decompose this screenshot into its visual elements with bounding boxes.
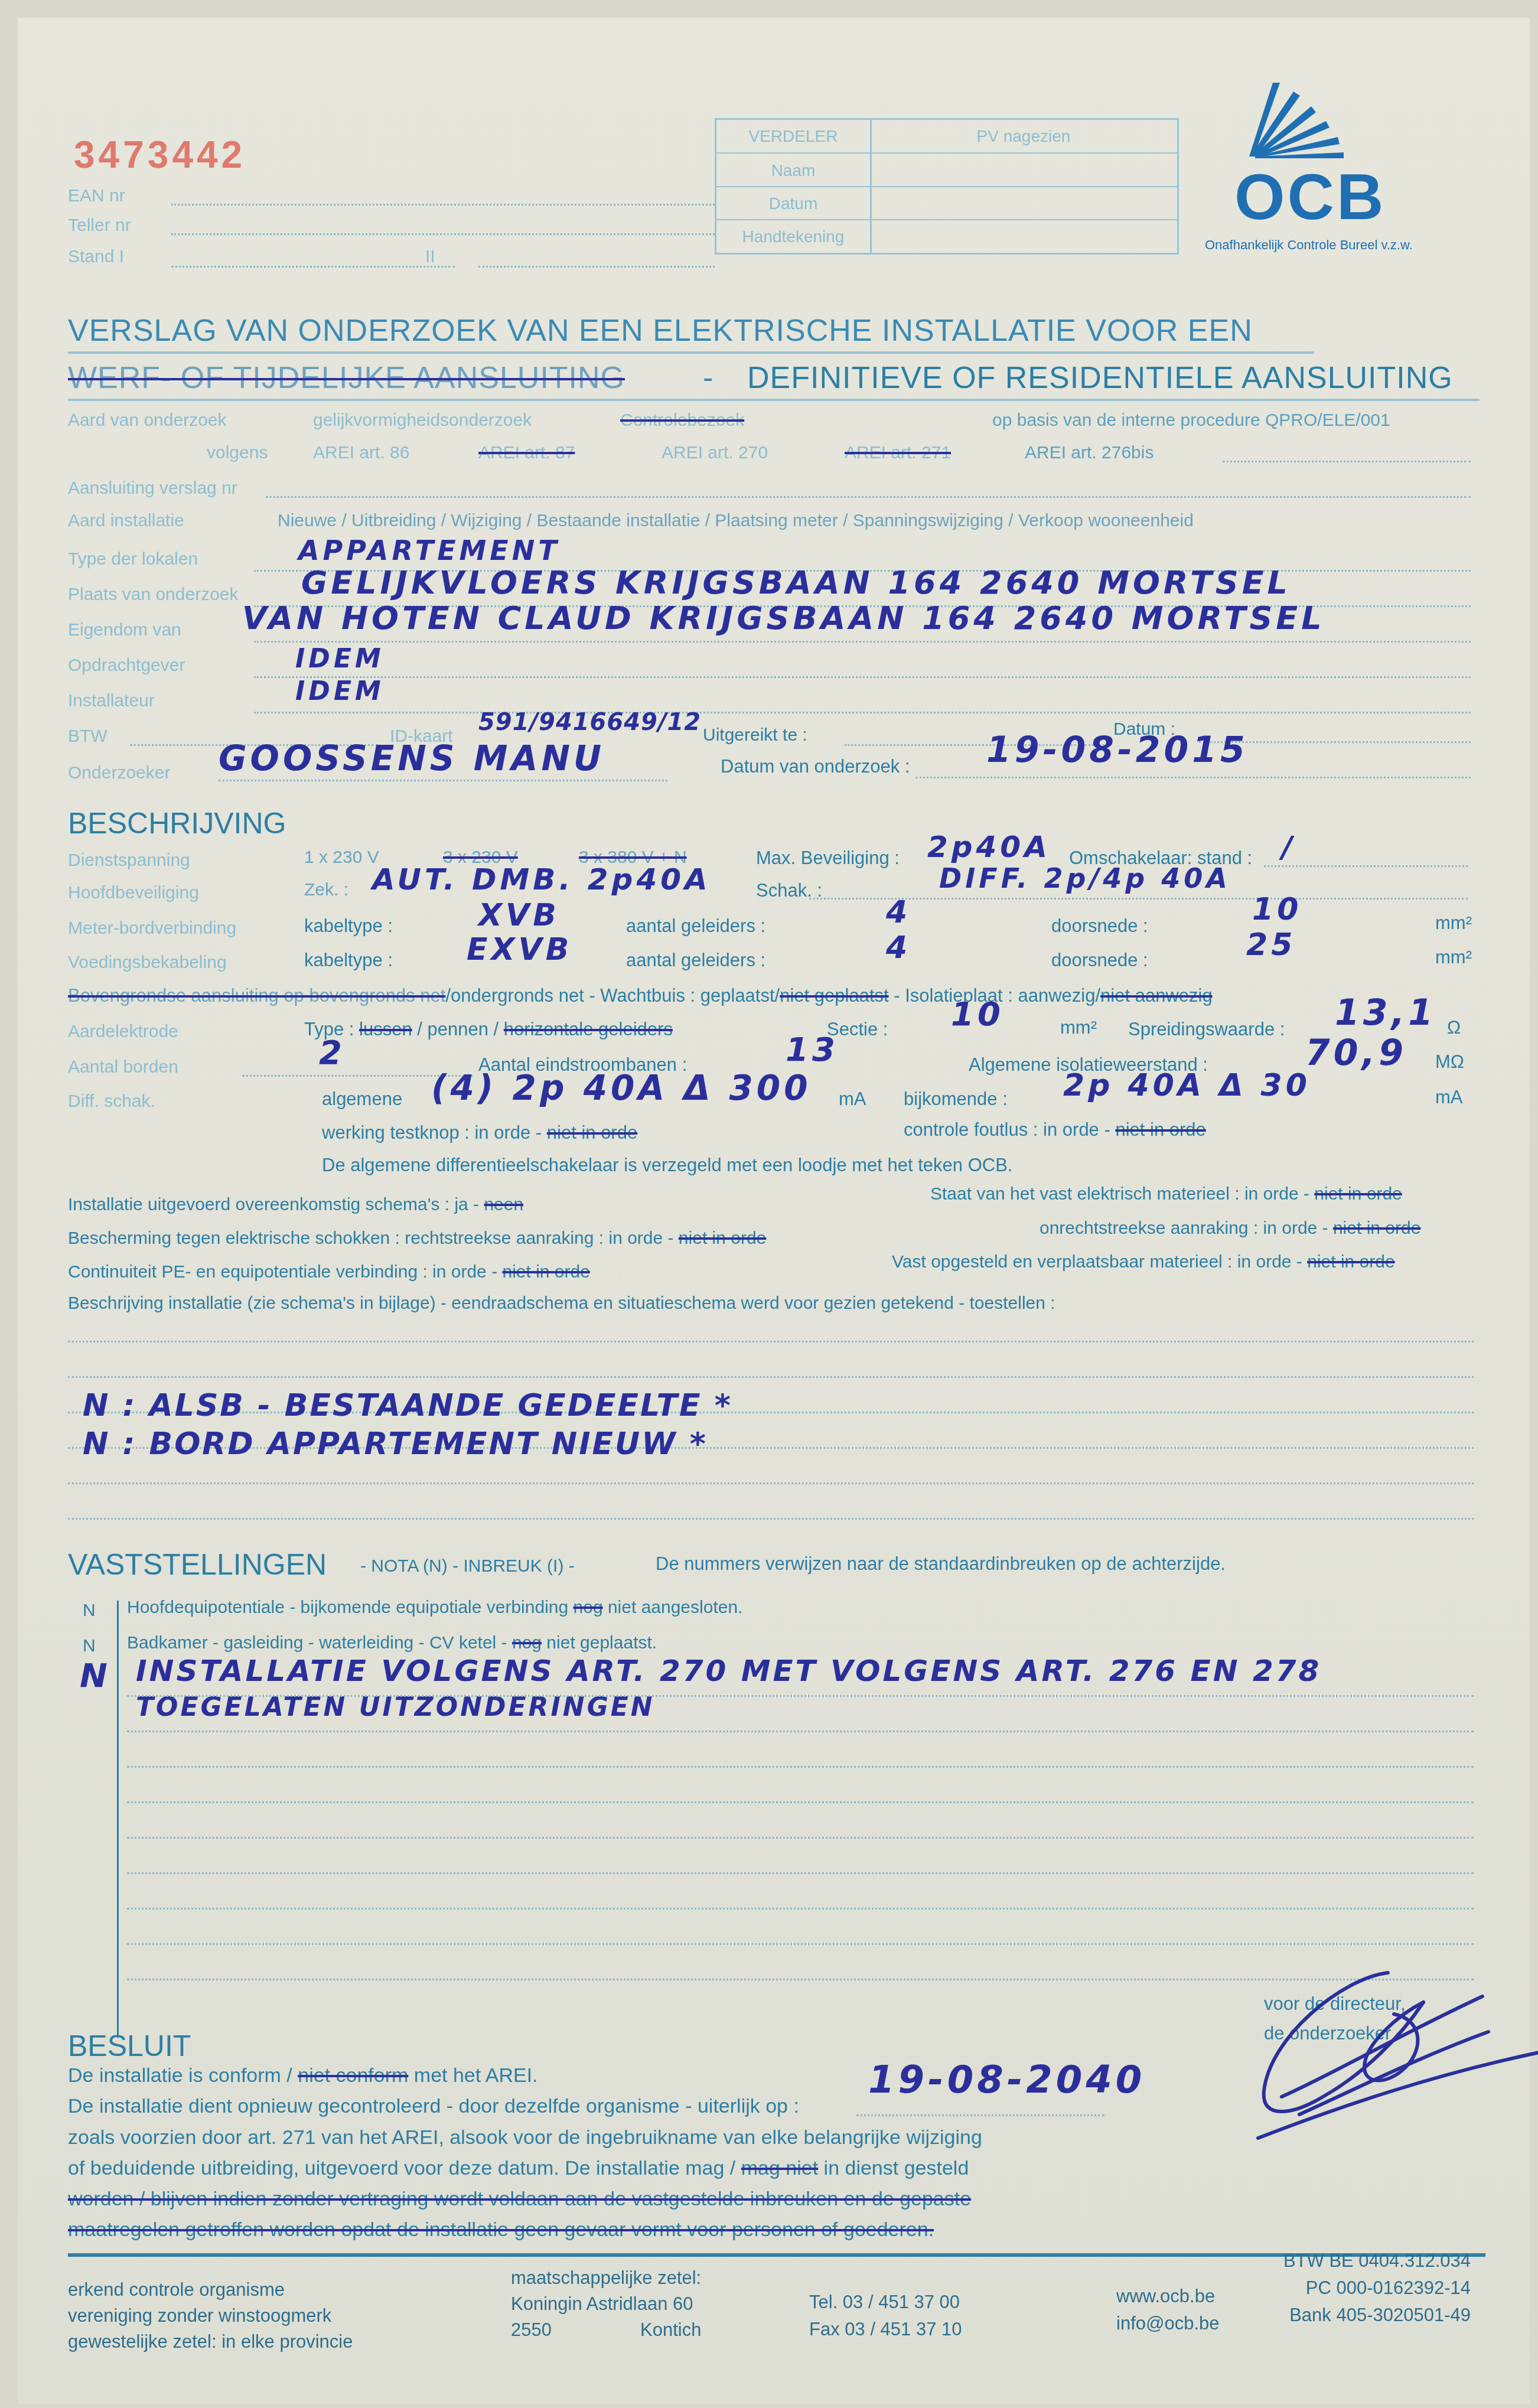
uitgereikt-label: Uitgereikt te : <box>703 725 807 745</box>
voeding-geleiders-value[interactable]: 4 <box>886 930 911 966</box>
beschrijving-installatie-text: Beschrijving installatie (zie schema's i… <box>68 1293 1055 1314</box>
btw-label: BTW <box>68 726 107 747</box>
footer-address: maatschappelijke zetel: Koningin Astridl… <box>511 2265 701 2343</box>
ocb-subtitle: Onafhankelijk Controle Bureel v.z.w. <box>1205 237 1413 253</box>
diff-bijkomende-label: bijkomende : <box>904 1089 1008 1110</box>
beschrijving-heading: BESCHRIJVING <box>68 806 286 840</box>
footer-organisation: erkend controle organisme vereniging zon… <box>68 2277 353 2355</box>
type-lokalen-value[interactable]: APPARTEMENT <box>298 535 561 566</box>
voeding-doorsnede-label: doorsnede : <box>1051 950 1148 971</box>
omschakelaar-value[interactable]: / <box>1282 830 1296 864</box>
handtekening-label: Handtekening <box>716 227 870 246</box>
diff-schak-label: Diff. schak. <box>68 1091 155 1112</box>
isolatieweerstand-value[interactable]: 70,9 <box>1305 1032 1407 1074</box>
volgens-art271[interactable]: AREI art. 271 <box>845 443 951 463</box>
aantal-borden-value[interactable]: 2 <box>319 1034 346 1072</box>
meter-geleiders-label: aantal geleiders : <box>626 915 765 937</box>
meter-doorsnede-value[interactable]: 10 <box>1252 892 1302 927</box>
stand-1-field[interactable] <box>171 266 455 268</box>
spreiding-label: Spreidingswaarde : <box>1128 1019 1285 1040</box>
footer-email-link[interactable]: info@ocb.be <box>1116 2310 1220 2337</box>
vaststelling-3-handwritten[interactable]: INSTALLATIE VOLGENS ART. 270 MET VOLGENS… <box>136 1654 1321 1688</box>
vaststellingen-legend: - NOTA (N) - INBREUK (I) - <box>360 1556 575 1576</box>
installateur-label: Installateur <box>68 691 155 711</box>
footer-web: www.ocb.be info@ocb.be <box>1116 2283 1220 2337</box>
check-rechtstreekse-aanraking[interactable]: Bescherming tegen elektrische schokken :… <box>68 1229 766 1249</box>
net-struck-text: Bovengrondse aansluiting op bovengronds … <box>68 985 445 1006</box>
eindstroombanen-value[interactable]: 13 <box>786 1031 839 1069</box>
sectie-unit: mm² <box>1060 1017 1097 1038</box>
datum-onderzoek-value[interactable]: 19-08-2015 <box>986 729 1249 771</box>
naam-label: Naam <box>716 161 870 180</box>
footer-fax: Fax 03 / 451 37 10 <box>809 2316 962 2343</box>
isolatieplaat-struck: niet aanwezig <box>1100 985 1213 1006</box>
check-continuiteit-pe[interactable]: Continuiteit PE- en equipotentiale verbi… <box>68 1262 590 1282</box>
footer-phone: Tel. 03 / 451 37 00 Fax 03 / 451 37 10 <box>809 2289 962 2343</box>
type-lokalen-label: Type der lokalen <box>68 549 198 569</box>
installatie-note-1[interactable]: N : ALSB - BESTAANDE GEDEELTE * <box>83 1388 732 1423</box>
footer-tel[interactable]: Tel. 03 / 451 37 00 <box>809 2289 962 2316</box>
vaststellingen-note: De nummers verwijzen naar de standaardin… <box>656 1553 1226 1575</box>
aardelektrode-label: Aardelektrode <box>68 1022 178 1042</box>
ocb-logo: OCB Onafhankelijk Controle Bureel v.z.w. <box>1205 83 1406 260</box>
id-kaart-value[interactable]: 591/9416649/12 <box>478 709 701 736</box>
report-title-struck: WERF- OF TIJDELIJKE AANSLUITING <box>68 360 625 396</box>
report-title-line1: VERSLAG VAN ONDERZOEK VAN EEN ELEKTRISCH… <box>68 313 1253 348</box>
check-onrechtstreekse-aanraking[interactable]: onrechtstreekse aanraking : in orde - ni… <box>1040 1218 1420 1239</box>
diff-algemene-value[interactable]: (4) 2p 40A Δ 300 <box>431 1068 812 1108</box>
serial-number: 3473442 <box>74 133 246 177</box>
besluit-line5-struck: worden / blijven indien zonder vertragin… <box>68 2188 971 2211</box>
dienstspanning-230v[interactable]: 1 x 230 V <box>304 848 379 868</box>
meter-geleiders-value[interactable]: 4 <box>886 895 911 930</box>
besluit-line4: of beduidende uitbreiding, uitgevoerd vo… <box>68 2157 969 2180</box>
max-beveiliging-value[interactable]: 2p40A <box>927 830 1051 864</box>
net-rest: /ondergronds net - Wachtbuis : geplaatst… <box>445 985 780 1006</box>
vaststelling-2: Badkamer - gasleiding - waterleiding - C… <box>127 1633 657 1653</box>
aard-installatie-label: Aard installatie <box>68 511 184 531</box>
aardelektrode-type[interactable]: Type : lussen / pennen / horizontale gel… <box>304 1019 673 1040</box>
verzegeld-note: De algemene differentieelschakelaar is v… <box>322 1155 1012 1176</box>
besluit-conform[interactable]: De installatie is conform / niet conform… <box>68 2064 538 2087</box>
teller-field[interactable] <box>171 233 715 235</box>
aansluiting-verslag-label: Aansluiting verslag nr <box>68 478 237 498</box>
besluit-line3: zoals voorzien door art. 271 van het ARE… <box>68 2126 982 2149</box>
diff-bijkomende-unit: mA <box>1435 1087 1463 1108</box>
stand-label: Stand I <box>68 247 124 267</box>
eigendom-label: Eigendom van <box>68 620 181 640</box>
ocb-rays-icon <box>1237 83 1355 159</box>
onderzoeker-value[interactable]: GOOSSENS MANU <box>219 738 605 778</box>
datum-label: Datum <box>716 194 870 213</box>
vaststelling-code-3: N <box>80 1657 111 1695</box>
aantal-borden-label: Aantal borden <box>68 1057 178 1077</box>
zek-label: Zek. : <box>304 880 348 900</box>
verdeler-table: VERDELER PV nagezien Naam Datum Handteke… <box>715 118 1179 255</box>
installateur-value[interactable]: IDEM <box>295 676 384 706</box>
check-verplaatsbaar-materieel[interactable]: Vast opgesteld en verplaatsbaar materiee… <box>892 1252 1395 1272</box>
net-line: Bovengrondse aansluiting op bovengronds … <box>68 985 1213 1006</box>
procedure-note: op basis van de interne procedure QPRO/E… <box>992 410 1390 431</box>
vaststelling-code-2: N <box>83 1636 96 1656</box>
voedingsbekabeling-label: Voedingsbekabeling <box>68 953 227 973</box>
plaats-onderzoek-value[interactable]: GELIJKVLOERS KRIJGSBAAN 164 2640 MORTSEL <box>301 564 1291 601</box>
diff-algemene-label: algemene <box>322 1089 402 1110</box>
aard-onderzoek-option2[interactable]: Controlebezoek <box>620 410 744 431</box>
vaststelling-code-1: N <box>83 1601 96 1621</box>
vaststelling-1: Hoofdequipotentiale - bijkomende equipot… <box>127 1598 742 1618</box>
diff-bijkomende-value[interactable]: 2p 40A Δ 30 <box>1063 1068 1311 1103</box>
besluit-heading: BESLUIT <box>68 2029 191 2063</box>
aard-onderzoek-label: Aard van onderzoek <box>68 410 227 431</box>
volgens-art276bis[interactable]: AREI art. 276bis <box>1025 443 1153 463</box>
meter-kabeltype-label: kabeltype : <box>304 915 393 937</box>
stand-2-label: II <box>425 247 435 267</box>
opdrachtgever-value[interactable]: IDEM <box>295 644 384 674</box>
spreiding-value[interactable]: 13,1 <box>1335 992 1436 1034</box>
wachtbuis-struck: niet geplaatst <box>780 985 888 1006</box>
ocb-logo-text: OCB <box>1234 159 1386 234</box>
voeding-doorsnede-unit: mm² <box>1435 947 1472 968</box>
spreiding-unit: Ω <box>1447 1017 1461 1038</box>
meter-kabeltype-value[interactable]: XVB <box>478 898 560 933</box>
signature-icon <box>1246 1967 1538 2156</box>
meter-bordverbinding-label: Meter-bordverbinding <box>68 918 236 939</box>
footer-financial: BTW BE 0404.312.034 PC 000-0162392-14 Ba… <box>1270 2247 1471 2329</box>
meter-doorsnede-unit: mm² <box>1435 913 1472 934</box>
teller-label: Teller nr <box>68 216 131 236</box>
check-schema[interactable]: Installatie uitgevoerd overeenkomstig sc… <box>68 1195 523 1215</box>
sectie-value[interactable]: 10 <box>951 995 1004 1034</box>
opdrachtgever-label: Opdrachtgever <box>68 656 185 676</box>
max-beveiliging-label: Max. Beveiliging : <box>756 848 900 869</box>
report-title-separator: - <box>703 360 713 396</box>
dienstspanning-label: Dienstspanning <box>68 851 190 871</box>
schak-value[interactable]: DIFF. 2p/4p 40A <box>939 862 1231 894</box>
volgens-art270[interactable]: AREI art. 270 <box>662 443 768 463</box>
verdeler-header: VERDELER <box>716 127 870 146</box>
onderzoeker-label: Onderzoeker <box>68 763 170 783</box>
ean-label: EAN nr <box>68 186 125 206</box>
voeding-doorsnede-value[interactable]: 25 <box>1246 927 1296 963</box>
aansluiting-verslag-field[interactable] <box>266 496 1471 498</box>
besluit-line6-struck: maatregelen getroffen worden opdat de in… <box>68 2218 934 2241</box>
installatie-note-2[interactable]: N : BORD APPARTEMENT NIEUW * <box>83 1426 708 1462</box>
besluit-herkeuring: De installatie dient opnieuw gecontrolee… <box>68 2095 799 2118</box>
hoofdbeveiliging-label: Hoofdbeveiliging <box>68 883 199 903</box>
voeding-kabeltype-value[interactable]: EXVB <box>467 932 573 967</box>
voeding-kabeltype-label: kabeltype : <box>304 950 393 971</box>
report-title-line2: DEFINITIEVE OF RESIDENTIELE AANSLUITING <box>747 360 1453 396</box>
check-vast-materieel[interactable]: Staat van het vast elektrisch materieel … <box>930 1184 1402 1204</box>
voeding-geleiders-label: aantal geleiders : <box>626 950 765 971</box>
meter-doorsnede-label: doorsnede : <box>1051 915 1148 937</box>
vaststellingen-heading: VASTSTELLINGEN <box>68 1547 327 1582</box>
volgens-art87[interactable]: AREI art. 87 <box>478 443 575 463</box>
pv-nagezien-header: PV nagezien <box>870 127 1177 146</box>
stand-2-field[interactable] <box>478 266 715 268</box>
volgens-art86[interactable]: AREI art. 86 <box>313 443 409 463</box>
herkeuring-deadline[interactable]: 19-08-2040 <box>868 2058 1145 2102</box>
aard-installatie-options[interactable]: Nieuwe / Uitbreiding / Wijziging / Besta… <box>278 511 1194 531</box>
zek-value[interactable]: AUT. DMB. 2p40A <box>372 862 711 897</box>
datum-onderzoek-label: Datum van onderzoek : <box>721 756 910 777</box>
footer-website-link[interactable]: www.ocb.be <box>1116 2283 1220 2310</box>
ean-field[interactable] <box>171 204 715 206</box>
aard-onderzoek-option1[interactable]: gelijkvormigheidsonderzoek <box>313 410 532 431</box>
eigendom-value[interactable]: VAN HOTEN CLAUD KRIJGSBAAN 164 2640 MORT… <box>242 599 1325 637</box>
foutlus-check[interactable]: controle foutlus : in orde - niet in ord… <box>904 1119 1206 1141</box>
diff-algemene-unit: mA <box>839 1089 866 1110</box>
volgens-label: volgens <box>207 443 268 463</box>
inspection-report-paper: 3473442 EAN nr Teller nr Stand I II VERD… <box>18 18 1530 2404</box>
plaats-onderzoek-label: Plaats van onderzoek <box>68 585 239 605</box>
testknop-check[interactable]: werking testknop : in orde - niet in ord… <box>322 1122 637 1143</box>
isolatieweerstand-unit: MΩ <box>1435 1051 1464 1073</box>
